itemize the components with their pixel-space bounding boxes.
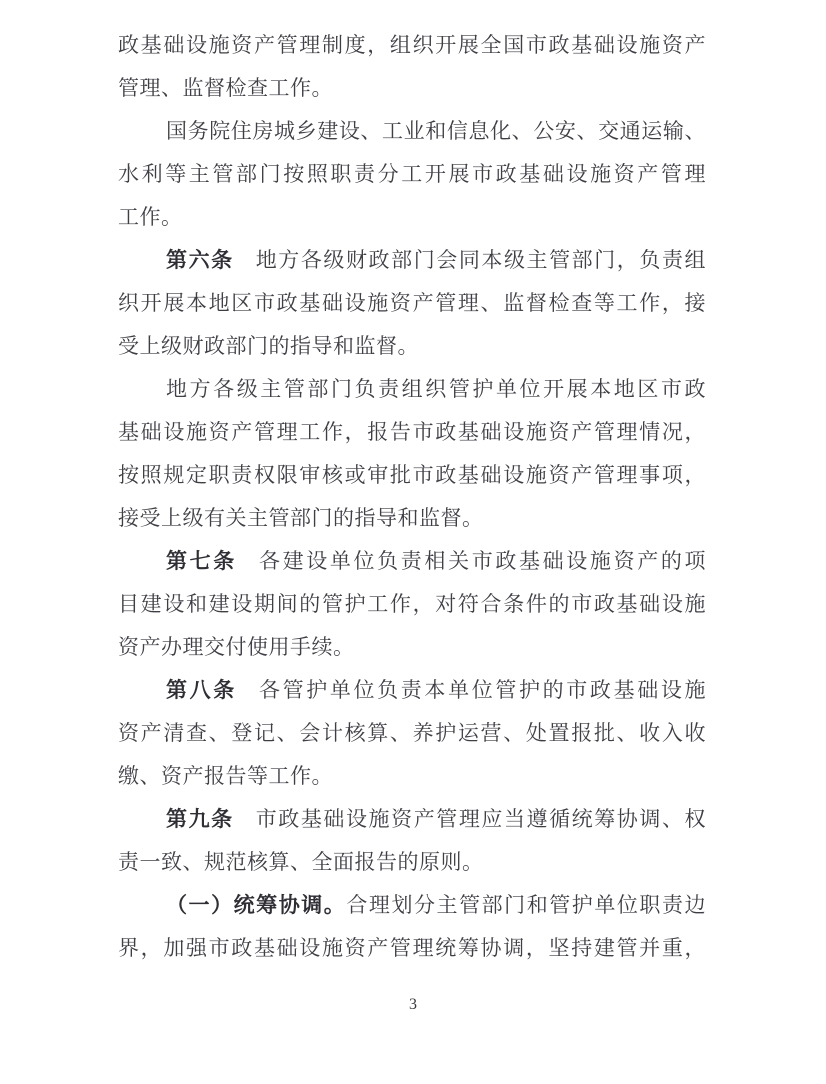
document-page: 政基础设施资产管理制度，组织开展全国市政基础设施资产 管理、监督检查工作。 国务… bbox=[0, 0, 826, 1084]
document-line: （一）统筹协调。合理划分主管部门和管护单位职责边 bbox=[118, 884, 706, 927]
article-number-label: 第六条 bbox=[166, 248, 234, 272]
document-line: 水利等主管部门按照职责分工开展市政基础设施资产管理 bbox=[118, 153, 706, 196]
document-body: 政基础设施资产管理制度，组织开展全国市政基础设施资产 管理、监督检查工作。 国务… bbox=[118, 24, 706, 970]
document-line: 资产办理交付使用手续。 bbox=[118, 626, 706, 669]
line-text: 市政基础设施资产管理应当遵循统筹协调、权 bbox=[256, 807, 706, 831]
document-line: 第八条各管护单位负责本单位管护的市政基础设施 bbox=[118, 669, 706, 712]
item-number-label: （一）统筹协调。 bbox=[166, 893, 346, 917]
document-line: 第九条市政基础设施资产管理应当遵循统筹协调、权 bbox=[118, 798, 706, 841]
line-text: 各建设单位负责相关市政基础设施资产的项 bbox=[259, 549, 706, 573]
document-line: 工作。 bbox=[118, 196, 706, 239]
document-line: 国务院住房城乡建设、工业和信息化、公安、交通运输、 bbox=[118, 110, 706, 153]
document-line: 基础设施资产管理工作，报告市政基础设施资产管理情况， bbox=[118, 411, 706, 454]
article-number-label: 第八条 bbox=[166, 678, 237, 702]
article-number-label: 第九条 bbox=[166, 807, 234, 831]
document-line: 资产清查、登记、会计核算、养护运营、处置报批、收入收 bbox=[118, 712, 706, 755]
document-line: 界，加强市政基础设施资产管理统筹协调，坚持建管并重， bbox=[118, 927, 706, 970]
document-line: 政基础设施资产管理制度，组织开展全国市政基础设施资产 bbox=[118, 24, 706, 67]
line-text: 合理划分主管部门和管护单位职责边 bbox=[346, 893, 706, 917]
document-line: 受上级财政部门的指导和监督。 bbox=[118, 325, 706, 368]
document-line: 接受上级有关主管部门的指导和监督。 bbox=[118, 497, 706, 540]
document-line: 第六条地方各级财政部门会同本级主管部门，负责组 bbox=[118, 239, 706, 282]
line-text: 地方各级财政部门会同本级主管部门，负责组 bbox=[256, 248, 706, 272]
article-number-label: 第七条 bbox=[166, 549, 237, 573]
page-number: 3 bbox=[0, 994, 826, 1016]
document-line: 织开展本地区市政基础设施资产管理、监督检查等工作，接 bbox=[118, 282, 706, 325]
line-text: 各管护单位负责本单位管护的市政基础设施 bbox=[259, 678, 706, 702]
document-line: 按照规定职责权限审核或审批市政基础设施资产管理事项， bbox=[118, 454, 706, 497]
document-line: 管理、监督检查工作。 bbox=[118, 67, 706, 110]
document-line: 责一致、规范核算、全面报告的原则。 bbox=[118, 841, 706, 884]
document-line: 缴、资产报告等工作。 bbox=[118, 755, 706, 798]
document-line: 目建设和建设期间的管护工作，对符合条件的市政基础设施 bbox=[118, 583, 706, 626]
document-line: 第七条各建设单位负责相关市政基础设施资产的项 bbox=[118, 540, 706, 583]
document-line: 地方各级主管部门负责组织管护单位开展本地区市政 bbox=[118, 368, 706, 411]
